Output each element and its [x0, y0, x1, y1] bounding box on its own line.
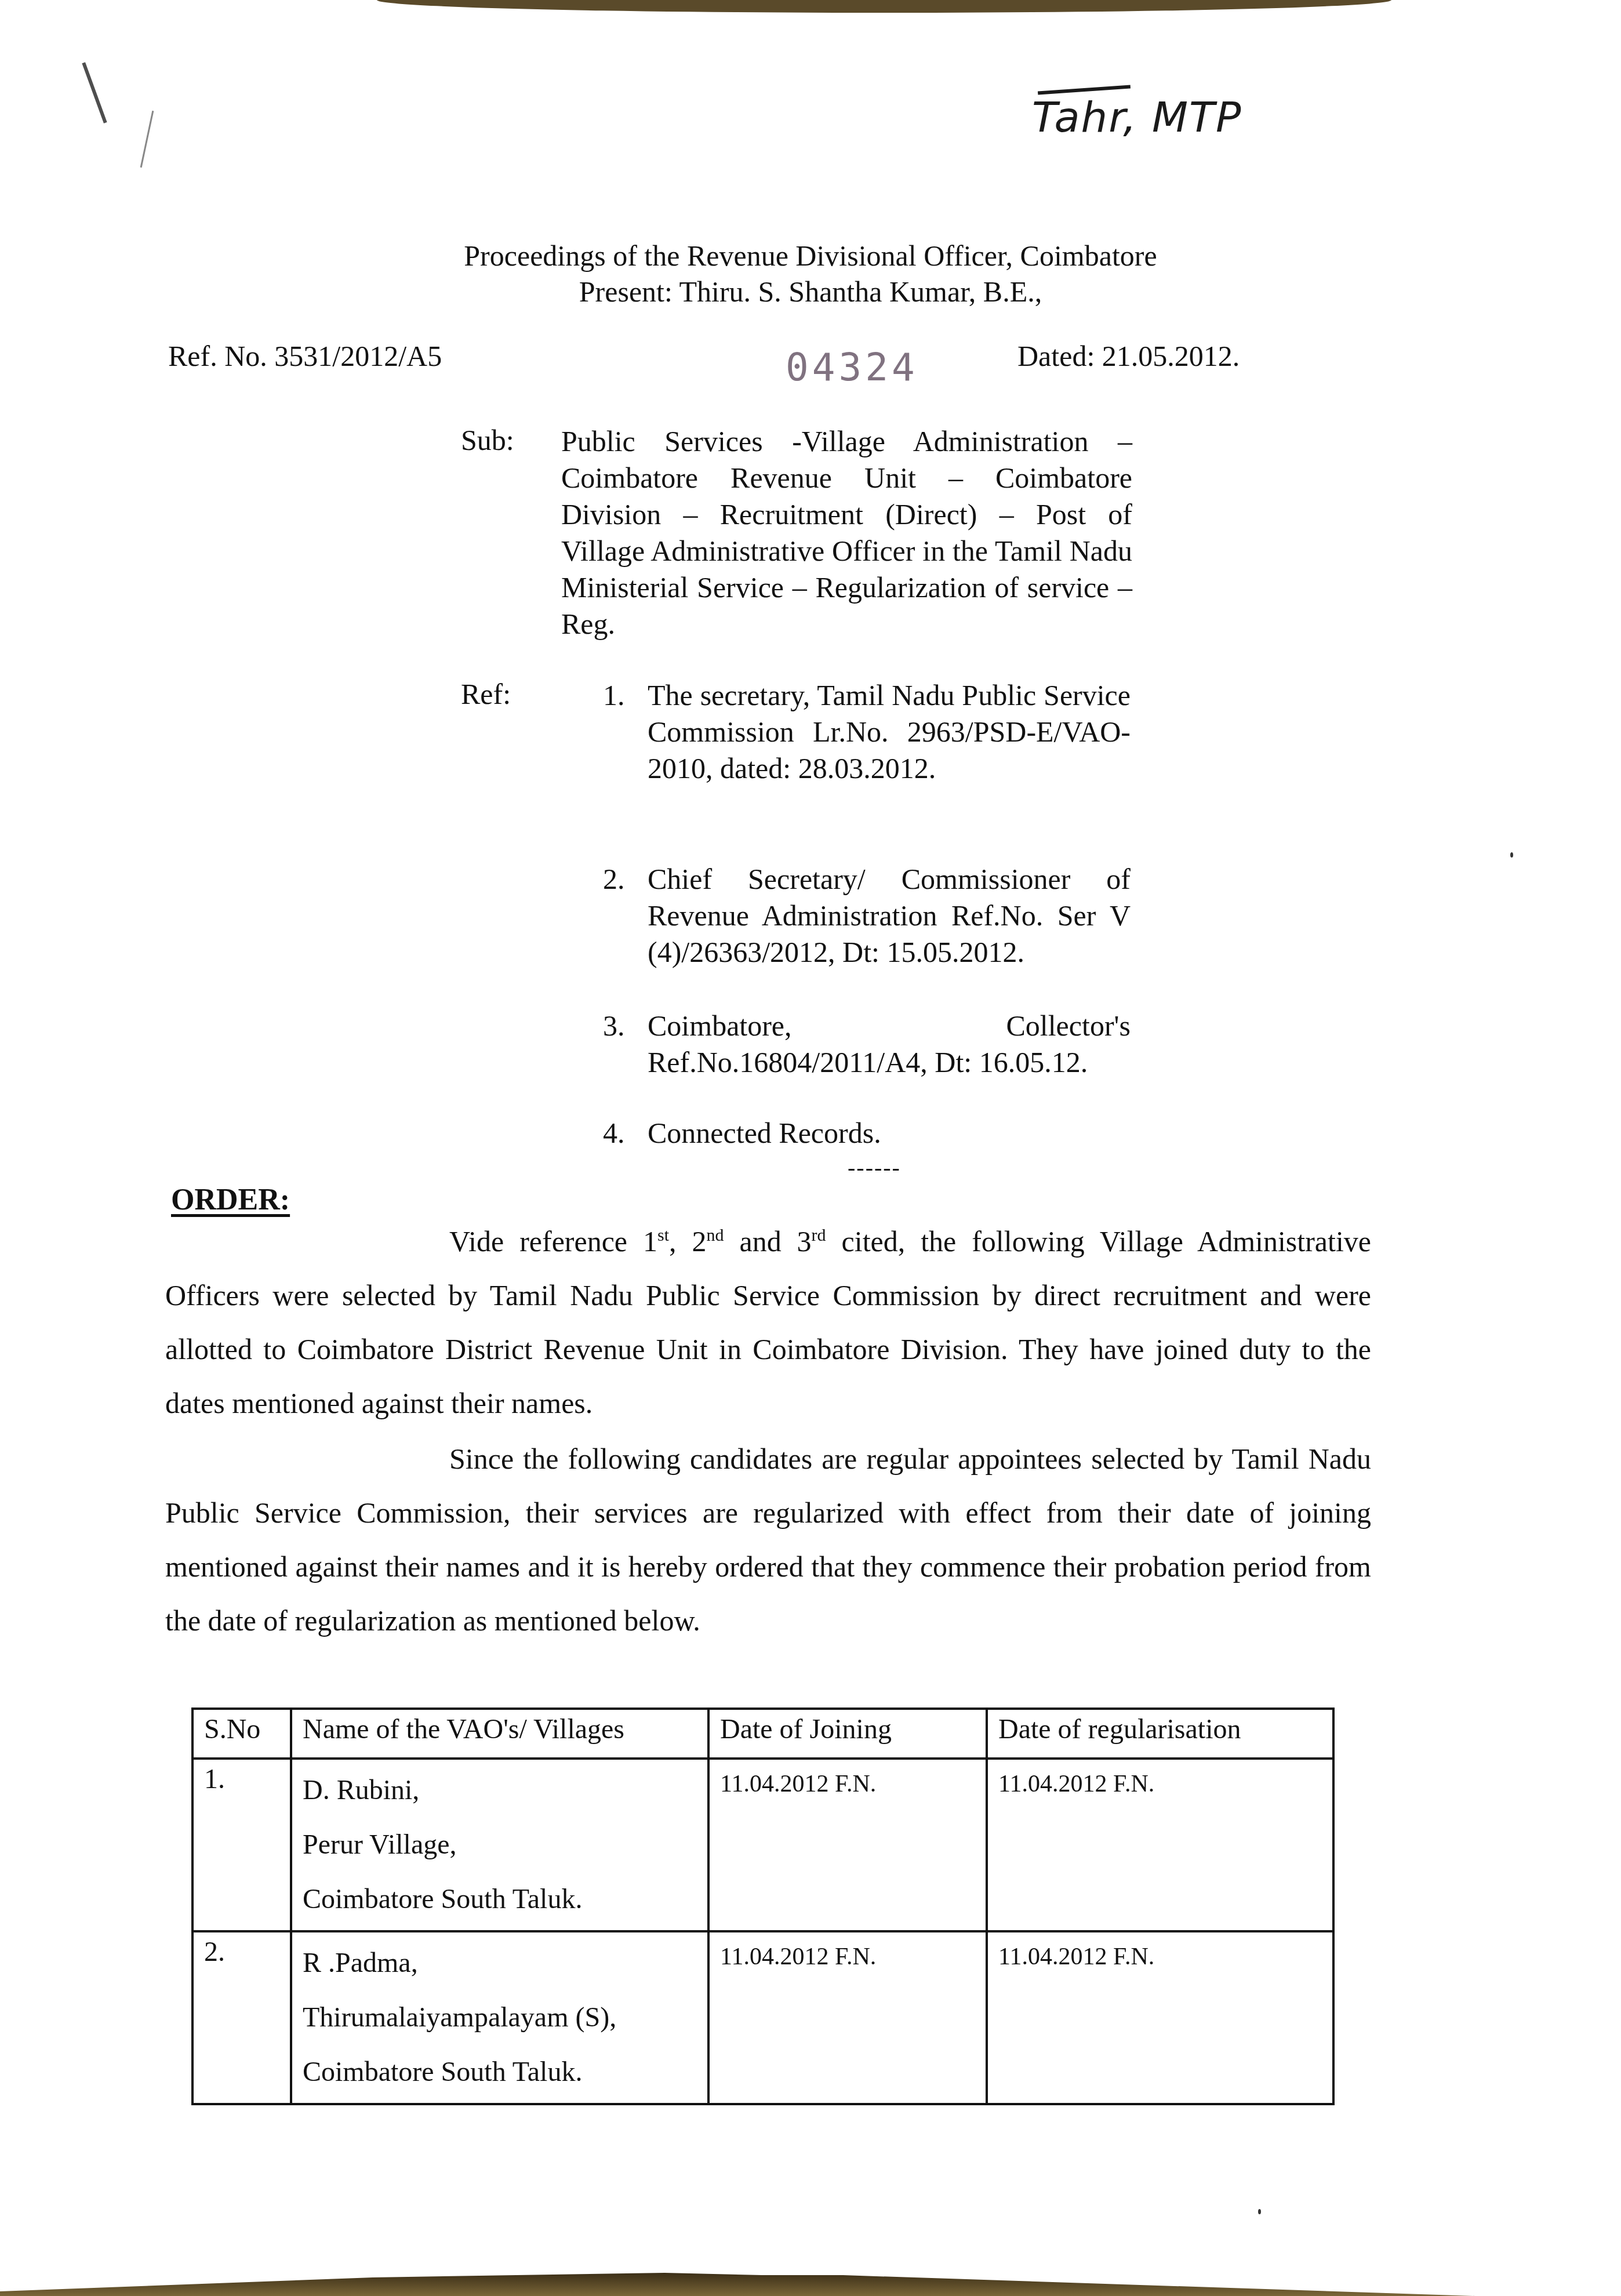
reference-item: 3. Coimbatore, Collector's Ref.No.16804/… [603, 1008, 1131, 1081]
present-officer: Present: Thiru. S. Shantha Kumar, B.E., [0, 274, 1621, 310]
cell-name: D. Rubini, Perur Village, Coimbatore Sou… [291, 1759, 708, 1931]
column-header-date-joining: Date of Joining [708, 1709, 987, 1759]
subject-text: Public Services -Village Administration … [561, 423, 1132, 642]
para1-text: and 3 [724, 1225, 811, 1258]
vao-regularisation-table: S.No Name of the VAO's/ Villages Date of… [191, 1708, 1335, 2105]
handwritten-note: Tahr, MTP [1032, 93, 1242, 141]
column-header-name: Name of the VAO's/ Villages [291, 1709, 708, 1759]
reference-text-2: Chief Secretary/ Commissioner of Revenue… [648, 861, 1131, 971]
pen-mark [140, 111, 154, 168]
reference-number-2: 2. [603, 861, 625, 898]
reference-item: 1. The secretary, Tamil Nadu Public Serv… [603, 677, 1131, 787]
ink-speck [1510, 852, 1513, 858]
vao-taluk: Coimbatore South Taluk. [303, 2045, 697, 2099]
ordinal-suffix: st [657, 1226, 669, 1245]
table-header-row: S.No Name of the VAO's/ Villages Date of… [192, 1709, 1333, 1759]
reference-item: 4. Connected Records. [603, 1115, 1131, 1151]
cell-name: R .Padma, Thirumalaiyampalayam (S), Coim… [291, 1931, 708, 2104]
para1-text: , 2 [669, 1225, 706, 1258]
handwritten-note-text: Tahr, MTP [1032, 93, 1242, 141]
pen-mark [82, 62, 107, 123]
reference-text-3: Coimbatore, Collector's Ref.No.16804/201… [648, 1008, 1131, 1081]
reference-number-3: 3. [603, 1008, 625, 1044]
reference-item: 2. Chief Secretary/ Commissioner of Reve… [603, 861, 1131, 971]
cell-date-regularisation: 11.04.2012 F.N. [987, 1931, 1333, 2104]
reference-text-4: Connected Records. [648, 1115, 1131, 1151]
references-label: Ref: [461, 677, 511, 711]
cell-date-joining: 11.04.2012 F.N. [708, 1931, 987, 2104]
reference-number-4: 4. [603, 1115, 625, 1151]
photo-edge-top [377, 0, 1391, 13]
reference-number: Ref. No. 3531/2012/A5 [168, 339, 442, 373]
para1-text: Vide reference 1 [449, 1225, 657, 1258]
reference-number-1: 1. [603, 677, 625, 714]
inward-stamp-number: 04324 [786, 345, 918, 390]
photo-edge-bottom [0, 2273, 1621, 2296]
ordinal-suffix: rd [812, 1226, 826, 1245]
order-paragraph-2: Since the following candidates are regul… [165, 1432, 1371, 1648]
cell-sno: 1. [192, 1759, 291, 1931]
reference-text-1: The secretary, Tamil Nadu Public Service… [648, 677, 1131, 787]
order-heading: ORDER: [171, 1183, 290, 1217]
order-paragraph-1: Vide reference 1st, 2nd and 3rd cited, t… [165, 1215, 1371, 1430]
table-row: 1. D. Rubini, Perur Village, Coimbatore … [192, 1759, 1333, 1931]
vao-village: Perur Village, [303, 1818, 697, 1872]
ordinal-suffix: nd [706, 1226, 724, 1245]
order-date: Dated: 21.05.2012. [1017, 339, 1240, 373]
vao-taluk: Coimbatore South Taluk. [303, 1872, 697, 1927]
para2-text: Since the following candidates are regul… [165, 1443, 1371, 1637]
vao-village: Thirumalaiyampalayam (S), [303, 1990, 697, 2045]
cell-date-regularisation: 11.04.2012 F.N. [987, 1759, 1333, 1931]
cell-date-joining: 11.04.2012 F.N. [708, 1759, 987, 1931]
vao-name: D. Rubini, [303, 1763, 697, 1818]
subject-label: Sub: [461, 423, 514, 457]
column-header-date-regularisation: Date of regularisation [987, 1709, 1333, 1759]
table-row: 2. R .Padma, Thirumalaiyampalayam (S), C… [192, 1931, 1333, 2104]
proceedings-title: Proceedings of the Revenue Divisional Of… [0, 238, 1621, 274]
column-header-sno: S.No [192, 1709, 291, 1759]
cell-sno: 2. [192, 1931, 291, 2104]
vao-name: R .Padma, [303, 1936, 697, 1990]
separator-dashes: ------ [848, 1154, 901, 1181]
ink-speck [1258, 2209, 1261, 2214]
